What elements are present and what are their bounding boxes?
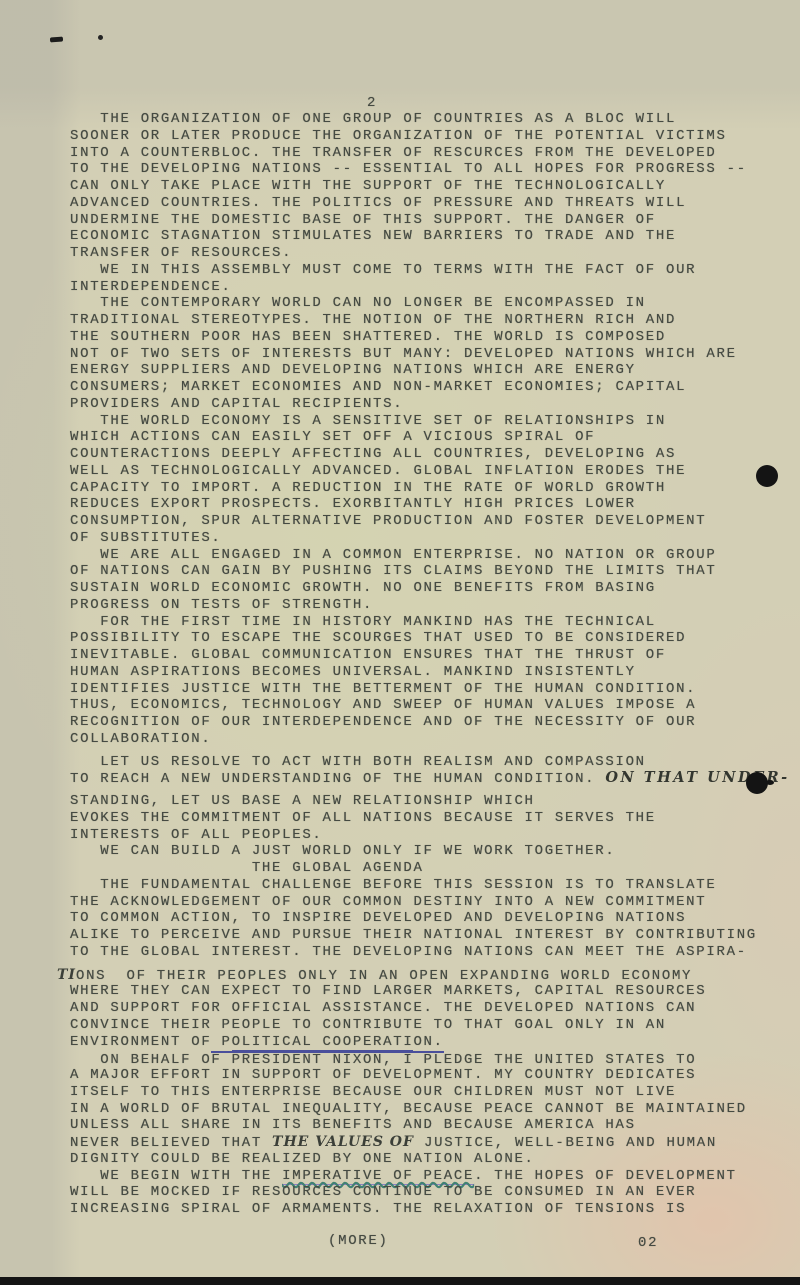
text-segment: TO REACH A NEW UNDERSTANDING OF THE HUMA… [70, 771, 605, 787]
text-line: THE ORGANIZATION OF ONE GROUP OF COUNTRI… [70, 111, 800, 128]
text-segment: THE ACKNOWLEDGEMENT OF OUR COMMON DESTIN… [70, 894, 706, 910]
text-segment: DIGNITY COULD BE REALIZED BY ONE NATION … [70, 1151, 535, 1167]
text-line: UNLESS ALL SHARE IN ITS BENEFITS AND BEC… [70, 1117, 800, 1134]
text-segment: JUSTICE, WELL-BEING AND HUMAN [414, 1135, 717, 1151]
text-segment: INTERDEPENDENCE. [70, 279, 232, 295]
text-segment: STANDING, LET US BASE A NEW RELATIONSHIP… [70, 793, 535, 809]
text-line: PROVIDERS AND CAPITAL RECIPIENTS. [70, 396, 800, 413]
text-line: ON BEHALF OF PRESIDENT NIXON, I PLEDGE T… [70, 1050, 800, 1067]
text-line: TO THE DEVELOPING NATIONS -- ESSENTIAL T… [70, 161, 800, 178]
text-segment: THUS, ECONOMICS, TECHNOLOGY AND SWEEP OF… [70, 697, 696, 713]
text-segment: REDUCES EXPORT PROSPECTS. EXORBITANTLY H… [70, 496, 636, 512]
text-line: INTERDEPENDENCE. [70, 279, 800, 296]
text-segment: IDENTIFIES JUSTICE WITH THE BETTERMENT O… [70, 681, 696, 697]
text-segment: INEVITABLE. GLOBAL COMMUNICATION ENSURES… [70, 647, 666, 663]
text-line: ECONOMIC STAGNATION STIMULATES NEW BARRI… [70, 228, 800, 245]
text-segment: THE SOUTHERN POOR HAS BEEN SHATTERED. TH… [70, 329, 666, 345]
text-segment: CAPACITY TO IMPORT. A REDUCTION IN THE R… [70, 480, 666, 496]
text-line: NOT OF TWO SETS OF INTERESTS BUT MANY: D… [70, 346, 800, 363]
text-line: A MAJOR EFFORT IN SUPPORT OF DEVELOPMENT… [70, 1067, 800, 1084]
scanner-edge-bar [0, 1277, 800, 1285]
text-segment: TRANSFER OF RESOURCES. [70, 245, 292, 261]
text-line: WELL AS TECHNOLOGICALLY ADVANCED. GLOBAL… [70, 463, 800, 480]
text-line: COUNTERACTIONS DEEPLY AFFECTING ALL COUN… [70, 446, 800, 463]
pen-mark-dot [98, 35, 103, 40]
text-line: TO COMMON ACTION, TO INSPIRE DEVELOPED A… [70, 910, 800, 927]
text-line: THE CONTEMPORARY WORLD CAN NO LONGER BE … [70, 295, 800, 312]
text-line: OF SUBSTITUTES. [70, 530, 800, 547]
text-segment: ON BEHALF OF [70, 1052, 232, 1068]
text-segment: OF NATIONS CAN GAIN BY PUSHING ITS CLAIM… [70, 563, 717, 579]
text-line: NEVER BELIEVED THAT THE VALUES OF JUSTIC… [70, 1134, 800, 1151]
text-line: POSSIBILITY TO ESCAPE THE SCOURGES THAT … [70, 630, 800, 647]
text-segment: TO COMMON ACTION, TO INSPIRE DEVELOPED A… [70, 910, 686, 926]
text-line: AND SUPPORT FOR OFFICIAL ASSISTANCE. THE… [70, 1000, 800, 1017]
text-line: INTO A COUNTERBLOC. THE TRANSFER OF RESC… [70, 145, 800, 162]
text-line: THE GLOBAL AGENDA [70, 860, 800, 877]
text-segment: PLEDGE THE UNITED STATES TO [413, 1052, 696, 1068]
text-line: THUS, ECONOMICS, TECHNOLOGY AND SWEEP OF… [70, 697, 800, 714]
text-line: SOONER OR LATER PRODUCE THE ORGANIZATION… [70, 128, 800, 145]
text-line: TRANSFER OF RESOURCES. [70, 245, 800, 262]
text-segment: INCREASING SPIRAL OF ARMAMENTS. THE RELA… [70, 1201, 686, 1217]
pen-mark-dash [50, 37, 63, 43]
text-segment: THE ORGANIZATION OF ONE GROUP OF COUNTRI… [70, 111, 676, 127]
text-segment: WELL AS TECHNOLOGICALLY ADVANCED. GLOBAL… [70, 463, 686, 479]
text-segment: HUMAN ASPIRATIONS BECOMES UNIVERSAL. MAN… [70, 664, 636, 680]
text-line: PROGRESS ON TESTS OF STRENGTH. [70, 597, 800, 614]
text-line: CAPACITY TO IMPORT. A REDUCTION IN THE R… [70, 480, 800, 497]
text-segment: THE CONTEMPORARY WORLD CAN NO LONGER BE … [70, 295, 646, 311]
text-line: WHICH ACTIONS CAN EASILY SET OFF A VICIO… [70, 429, 800, 446]
text-segment: UNLESS ALL SHARE IN ITS BENEFITS AND BEC… [70, 1117, 636, 1133]
text-segment: UNDERMINE THE DOMESTIC BASE OF THIS SUPP… [70, 212, 656, 228]
text-line: THE SOUTHERN POOR HAS BEEN SHATTERED. TH… [70, 329, 800, 346]
text-segment: WE BEGIN WITH THE [70, 1168, 282, 1184]
text-line: RECOGNITION OF OUR INTERDEPENDENCE AND O… [70, 714, 800, 731]
text-segment: THE GLOBAL AGENDA [70, 860, 424, 876]
text-segment: OF SUBSTITUTES. [70, 530, 222, 546]
text-segment: ECONOMIC STAGNATION STIMULATES NEW BARRI… [70, 228, 676, 244]
text-line: THE FUNDAMENTAL CHALLENGE BEFORE THIS SE… [70, 877, 800, 894]
text-segment: ADVANCED COUNTRIES. THE POLITICS OF PRES… [70, 195, 686, 211]
text-line: ITSELF TO THIS ENTERPRISE BECAUSE OUR CH… [70, 1084, 800, 1101]
text-segment: WHERE THEY CAN EXPECT TO FIND LARGER MAR… [70, 983, 706, 999]
text-segment: RECOGNITION OF OUR INTERDEPENDENCE AND O… [70, 714, 696, 730]
text-segment: TO THE GLOBAL INTEREST. THE DEVELOPING N… [70, 944, 747, 960]
text-line: WE IN THIS ASSEMBLY MUST COME TO TERMS W… [70, 262, 800, 279]
footer-page-code: 02 [638, 1235, 658, 1251]
text-segment: WILL BE MOCKED IF RESOURCES CONTINUE TO … [70, 1184, 696, 1200]
text-segment: CONSUMPTION, SPUR ALTERNATIVE PRODUCTION… [70, 513, 706, 529]
text-segment: FOR THE FIRST TIME IN HISTORY MANKIND HA… [70, 614, 656, 630]
page-number: 2 [367, 95, 377, 111]
text-line: THE ACKNOWLEDGEMENT OF OUR COMMON DESTIN… [70, 894, 800, 911]
handwritten-ti: TI [57, 967, 76, 983]
text-segment: THE WORLD ECONOMY IS A SENSITIVE SET OF … [70, 413, 666, 429]
ink-blot-dot-1 [756, 465, 778, 487]
text-segment: A MAJOR EFFORT IN SUPPORT OF DEVELOPMENT… [70, 1067, 696, 1083]
text-line: REDUCES EXPORT PROSPECTS. EXORBITANTLY H… [70, 496, 800, 513]
text-segment: PROVIDERS AND CAPITAL RECIPIENTS. [70, 396, 403, 412]
text-segment: CONVINCE THEIR PEOPLE TO CONTRIBUTE TO T… [70, 1017, 666, 1033]
text-line: IDENTIFIES JUSTICE WITH THE BETTERMENT O… [70, 681, 800, 698]
text-segment: COUNTERACTIONS DEEPLY AFFECTING ALL COUN… [70, 446, 676, 462]
text-segment: WE CAN BUILD A JUST WORLD ONLY IF WE WOR… [70, 843, 615, 859]
text-segment: CAN ONLY TAKE PLACE WITH THE SUPPORT OF … [70, 178, 666, 194]
text-line: FOR THE FIRST TIME IN HISTORY MANKIND HA… [70, 614, 800, 631]
text-line: SUSTAIN WORLD ECONOMIC GROWTH. NO ONE BE… [70, 580, 800, 597]
text-segment: WE ARE ALL ENGAGED IN A COMMON ENTERPRIS… [70, 547, 717, 563]
text-line: TRADITIONAL STEREOTYPES. THE NOTION OF T… [70, 312, 800, 329]
footer-more-marker: (MORE) [328, 1233, 389, 1249]
text-line: TO REACH A NEW UNDERSTANDING OF THE HUMA… [70, 770, 800, 787]
text-line: WHERE THEY CAN EXPECT TO FIND LARGER MAR… [70, 983, 800, 1000]
text-line: OF NATIONS CAN GAIN BY PUSHING ITS CLAIM… [70, 563, 800, 580]
text-segment: ONS OF THEIR PEOPLES ONLY IN AN OPEN EXP… [76, 968, 692, 984]
text-segment: INTERESTS OF ALL PEOPLES. [70, 827, 323, 843]
text-segment: EVOKES THE COMMITMENT OF ALL NATIONS BEC… [70, 810, 656, 826]
text-segment: TRADITIONAL STEREOTYPES. THE NOTION OF T… [70, 312, 676, 328]
text-line: CAN ONLY TAKE PLACE WITH THE SUPPORT OF … [70, 178, 800, 195]
text-line: WILL BE MOCKED IF RESOURCES CONTINUE TO … [70, 1184, 800, 1201]
text-line: ALIKE TO PERCEIVE AND PURSUE THEIR NATIO… [70, 927, 800, 944]
text-line: INCREASING SPIRAL OF ARMAMENTS. THE RELA… [70, 1201, 800, 1218]
text-segment: SOONER OR LATER PRODUCE THE ORGANIZATION… [70, 128, 727, 144]
text-line: WE BEGIN WITH THE IMPERATIVE OF PEACE. T… [70, 1168, 800, 1185]
text-segment: . THE HOPES OF DEVELOPMENT [474, 1168, 737, 1184]
document-body: THE ORGANIZATION OF ONE GROUP OF COUNTRI… [70, 111, 800, 1218]
text-segment: INTO A COUNTERBLOC. THE TRANSFER OF RESC… [70, 145, 717, 161]
text-segment: ENVIRONMENT OF [70, 1034, 211, 1050]
text-line: IN A WORLD OF BRUTAL INEQUALITY, BECAUSE… [70, 1101, 800, 1118]
text-segment: TO THE DEVELOPING NATIONS -- ESSENTIAL T… [70, 161, 747, 177]
text-line: CONSUMERS; MARKET ECONOMIES AND NON-MARK… [70, 379, 800, 396]
text-segment: PROGRESS ON TESTS OF STRENGTH. [70, 597, 373, 613]
text-line: ADVANCED COUNTRIES. THE POLITICS OF PRES… [70, 195, 800, 212]
text-line: CONVINCE THEIR PEOPLE TO CONTRIBUTE TO T… [70, 1017, 800, 1034]
text-line: WE ARE ALL ENGAGED IN A COMMON ENTERPRIS… [70, 547, 800, 564]
text-segment: ENERGY SUPPLIERS AND DEVELOPING NATIONS … [70, 362, 636, 378]
underlined-imperative-of-peace: IMPERATIVE OF PEACE [282, 1168, 474, 1185]
text-segment: POSSIBILITY TO ESCAPE THE SCOURGES THAT … [70, 630, 686, 646]
text-segment: IN A WORLD OF BRUTAL INEQUALITY, BECAUSE… [70, 1101, 747, 1117]
text-line: THE WORLD ECONOMY IS A SENSITIVE SET OF … [70, 413, 800, 430]
text-segment: WHICH ACTIONS CAN EASILY SET OFF A VICIO… [70, 429, 595, 445]
text-line: COLLABORATION. [70, 731, 800, 748]
text-segment: ALIKE TO PERCEIVE AND PURSUE THEIR NATIO… [70, 927, 757, 943]
handwritten-the-values-of: THE VALUES OF [272, 1134, 414, 1150]
text-segment: ITSELF TO THIS ENTERPRISE BECAUSE OUR CH… [70, 1084, 676, 1100]
text-line: UNDERMINE THE DOMESTIC BASE OF THIS SUPP… [70, 212, 800, 229]
text-line: WE CAN BUILD A JUST WORLD ONLY IF WE WOR… [70, 843, 800, 860]
text-segment: CONSUMERS; MARKET ECONOMIES AND NON-MARK… [70, 379, 686, 395]
text-segment: COLLABORATION. [70, 731, 211, 747]
text-line: ENVIRONMENT OF POLITICAL COOPERATION. [70, 1034, 800, 1051]
text-segment: NOT OF TWO SETS OF INTERESTS BUT MANY: D… [70, 346, 737, 362]
text-segment: THE FUNDAMENTAL CHALLENGE BEFORE THIS SE… [70, 877, 717, 893]
text-line: EVOKES THE COMMITMENT OF ALL NATIONS BEC… [70, 810, 800, 827]
text-line: INEVITABLE. GLOBAL COMMUNICATION ENSURES… [70, 647, 800, 664]
text-segment: NEVER BELIEVED THAT [70, 1135, 272, 1151]
text-line: HUMAN ASPIRATIONS BECOMES UNIVERSAL. MAN… [70, 664, 800, 681]
text-line: STANDING, LET US BASE A NEW RELATIONSHIP… [70, 793, 800, 810]
text-line: DIGNITY COULD BE REALIZED BY ONE NATION … [70, 1151, 800, 1168]
text-segment: WE IN THIS ASSEMBLY MUST COME TO TERMS W… [70, 262, 696, 278]
text-line: TIONS OF THEIR PEOPLES ONLY IN AN OPEN E… [57, 967, 800, 984]
text-line: TO THE GLOBAL INTEREST. THE DEVELOPING N… [70, 944, 800, 961]
ink-blot-dot-2 [746, 772, 768, 794]
text-line: CONSUMPTION, SPUR ALTERNATIVE PRODUCTION… [70, 513, 800, 530]
text-segment: LET US RESOLVE TO ACT WITH BOTH REALISM … [70, 754, 646, 770]
text-segment: AND SUPPORT FOR OFFICIAL ASSISTANCE. THE… [70, 1000, 696, 1016]
text-line: INTERESTS OF ALL PEOPLES. [70, 827, 800, 844]
text-segment: SUSTAIN WORLD ECONOMIC GROWTH. NO ONE BE… [70, 580, 656, 596]
text-line: LET US RESOLVE TO ACT WITH BOTH REALISM … [70, 754, 800, 771]
text-line: ENERGY SUPPLIERS AND DEVELOPING NATIONS … [70, 362, 800, 379]
